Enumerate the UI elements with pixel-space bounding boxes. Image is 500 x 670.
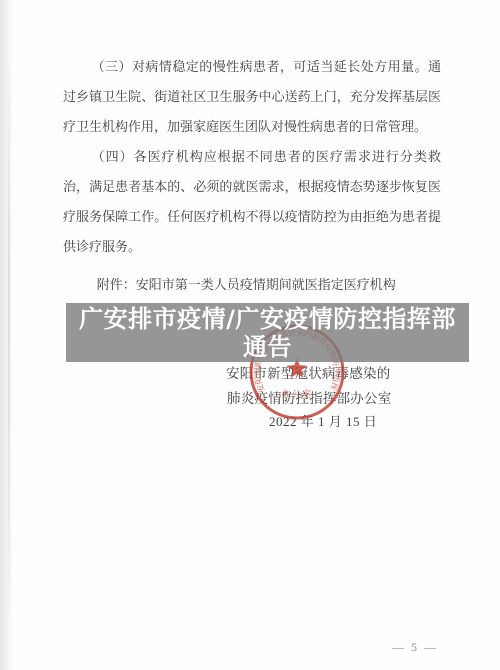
caption-banner-line1: 广安排市疫情/广安疫情防控指挥部: [66, 305, 469, 333]
page-edge-shadow: [0, 0, 14, 670]
caption-banner-overlay: 广安排市疫情/广安疫情防控指挥部 通告: [66, 303, 469, 362]
page-number: — 5 —: [392, 640, 438, 655]
paragraph-item-4: （四）各医疗机构应根据不同患者的医疗需求进行分类救治，满足患者基本的、必须的就医…: [63, 142, 441, 262]
page-edge-line: [8, 60, 10, 620]
document-body: （三）对病情稳定的慢性病患者，可适当延长处方用量。通过乡镇卫生院、街道社区卫生服…: [63, 52, 441, 300]
attachment-line: 附件：安阳市第一类人员疫情期间就医指定医疗机构: [63, 270, 441, 300]
caption-banner-line2: 通告: [66, 333, 469, 361]
paragraph-item-3: （三）对病情稳定的慢性病患者，可适当延长处方用量。通过乡镇卫生院、街道社区卫生服…: [63, 52, 441, 142]
seal-center-text: 办公室: [281, 388, 313, 400]
scanned-document-page: （三）对病情稳定的慢性病患者，可适当延长处方用量。通过乡镇卫生院、街道社区卫生服…: [0, 0, 500, 670]
